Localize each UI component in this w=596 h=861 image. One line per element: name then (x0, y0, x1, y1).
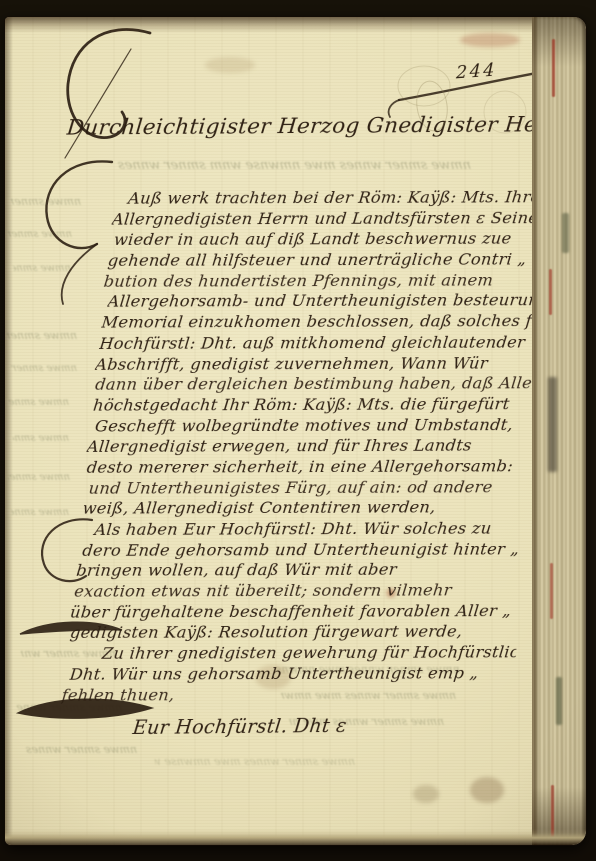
manuscript-line: bringen wollen, auf daß Wür mit aber (75, 560, 525, 582)
bleedthrough-text: nmwe smner wnnes mwe nmwnse wnm smner wn… (12, 433, 70, 444)
red-edge-mark (549, 269, 552, 315)
paragraph-flourish (46, 161, 112, 248)
manuscript-line: exaction etwas nit übereilt; sondern vil… (73, 580, 523, 602)
page-number: 244 (456, 61, 498, 84)
manuscript-photo: nmwe smner wnnes mwe nmwnse wnm smner wn… (0, 0, 596, 861)
bleedthrough-text: nmwe smner wnnes mwe nmwnse wnm smner wn… (7, 472, 71, 483)
bleedthrough-text: nmwe smner wnnes mwe nmwnse wnm smner wn… (10, 507, 70, 518)
manuscript-line: Auß werk trachten bei der Röm: Kaÿß: Mts… (111, 187, 563, 209)
manuscript-line: bution des hundertisten Pfennings, mit a… (103, 270, 555, 292)
signature-line: Eur Hochfürstl. Dht ɛ (132, 715, 348, 739)
manuscript-line: Allergnedigist erwegen, und für Ihres La… (86, 435, 538, 457)
bleedthrough-text: nmwe smner wnnes mwe nmwnse wnm smner wn… (6, 329, 78, 342)
page-left-edge-shadow (5, 17, 13, 845)
bleedthrough-text: nmwe smner wnnes mwe nmwnse wnm smner wn… (10, 195, 82, 208)
bleedthrough-text: nmwe smner wnnes mwe nmwnse wnm smner wn… (100, 158, 472, 173)
manuscript-line: dann über dergleichen bestimbung haben, … (94, 373, 544, 395)
stain (413, 785, 439, 803)
manuscript-line: gedigisten Kaÿß: Resolution fürgewart we… (69, 622, 519, 644)
manuscript-line: höchstgedacht Ihr Röm: Kaÿß: Mts. die fü… (92, 394, 542, 416)
manuscript-line: dero Ende gehorsamb und Untertheunigist … (81, 539, 527, 561)
manuscript-line: desto mererer sicherheit, in eine Allerg… (86, 456, 536, 478)
green-edge-smudge (562, 213, 569, 253)
stain (205, 57, 255, 73)
stain (460, 33, 520, 47)
manuscript-line: gehende all hilfsteuer und unerträgliche… (107, 249, 557, 271)
manuscript-line: Allergnedigisten Herrn und Landtsfürsten… (111, 208, 561, 230)
red-edge-mark (552, 39, 555, 97)
heading-line: Durchleichtigister Herzog Gnedigister He… (66, 112, 547, 140)
manuscript-line: Geschefft wolbegründte motives und Umbst… (94, 415, 540, 437)
paragraph-flourish-tail (62, 244, 97, 304)
bleedthrough-text: nmwe smner wnnes mwe nmwnse wnm smner wn… (12, 263, 72, 274)
manuscript-line: Hochfürstl: Dht. auß mitkhomend gleichla… (98, 332, 548, 354)
manuscript-line: wieder in auch auf diß Landt beschwernus… (113, 229, 559, 251)
manuscript-line: Zu ihrer gnedigisten gewehrung für Hochf… (67, 642, 517, 664)
manuscript-line: Dht. Wür uns gehorsamb Untertheunigist e… (69, 663, 515, 685)
bleedthrough-text: nmwe smner wnnes mwe nmwnse wnm smner wn… (24, 743, 138, 756)
diagonal-slash-flourish (65, 49, 131, 158)
manuscript-line: Abschrifft, gnedigist zuvernehmen, Wann … (94, 353, 546, 375)
book-fore-edge (532, 17, 586, 845)
manuscript-line: Als haben Eur Hochfürstl: Dht. Wür solch… (77, 518, 529, 540)
body-text: Auß werk trachten bei der Röm: Kaÿß: Mts… (63, 187, 564, 706)
green-edge-smudge (556, 677, 562, 725)
manuscript-line: und Untertheunigistes Fürg, auf ain: od … (88, 477, 534, 499)
bleedthrough-text: nmwe smner wnnes mwe nmwnse wnm smner wn… (8, 397, 70, 408)
manuscript-line: weiß, Allergnedigist Contentiren werden, (82, 498, 532, 520)
doodle-circle (398, 66, 450, 106)
manuscript-line: fehlen thuen, (61, 684, 513, 706)
manuscript-page: nmwe smner wnnes mwe nmwnse wnm smner wn… (5, 17, 586, 845)
red-edge-mark (550, 563, 553, 619)
page-bottom-edge (5, 829, 586, 845)
bleedthrough-text: nmwe smner wnnes mwe nmwnse wnm smner wn… (154, 755, 356, 768)
dark-edge-smudge (548, 377, 557, 472)
stain (470, 777, 504, 803)
page-top-edge-shadow (5, 17, 586, 33)
manuscript-line: über fürgehaltene beschaffenheit favorab… (69, 601, 521, 623)
manuscript-line: Allergehorsamb- und Untertheunigisten be… (107, 291, 553, 313)
manuscript-line: Memorial einzukhomen beschlossen, daß so… (100, 311, 550, 333)
bleedthrough-text: nmwe smner wnnes mwe nmwnse wnm smner wn… (10, 363, 78, 374)
bleedthrough-text: nmwe smner wnnes mwe nmwnse wnm smner wn… (7, 229, 73, 240)
